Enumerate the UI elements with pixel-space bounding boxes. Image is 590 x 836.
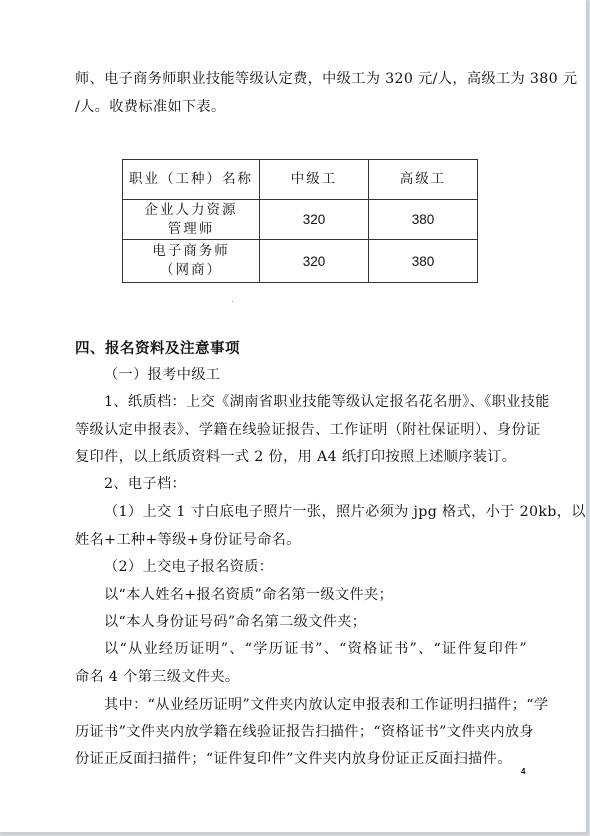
speck xyxy=(232,301,233,302)
photo-requirement-line-2: 姓名+工种+等级+身份证号命名。 xyxy=(75,531,301,549)
folder-level-3-line-2: 命名 4 个第三级文件夹。 xyxy=(75,668,239,686)
folder-level-2: 以“本人身份证号码”命名第二级文件夹； xyxy=(104,613,366,631)
table-row: 企业人力资源 管理师 320 380 xyxy=(123,200,478,240)
occupation-name-line1: 电子商务师 xyxy=(123,242,259,261)
item1-line-3: 复印件，以上纸质资料一式 2 份，用 A4 纸打印按照上述顺序装订。 xyxy=(75,448,516,466)
senior-fee: 380 xyxy=(369,200,478,240)
subsection-heading: （一）报考中级工 xyxy=(104,366,220,384)
occupation-cell: 企业人力资源 管理师 xyxy=(123,200,260,240)
intro-line-2: /人。收费标准如下表。 xyxy=(75,98,226,116)
table-header-row: 职业（工种）名称 中级工 高级工 xyxy=(123,160,478,200)
folder-note-line-1: 其中：“从业经历证明”文件夹内放认定申报表和工作证明扫描件；“学 xyxy=(104,696,527,714)
photo-requirement-line-1: （1）上交 1 寸白底电子照片一张，照片必须为 jpg 格式，小于 20kb，以 xyxy=(104,503,527,521)
table-row: 电子商务师 （网商） 320 380 xyxy=(123,240,478,283)
intermediate-fee: 320 xyxy=(260,240,369,283)
header-intermediate: 中级工 xyxy=(260,160,369,200)
occupation-name-line1: 企业人力资源 xyxy=(123,201,259,220)
folder-note-line-2: 历证书”文件夹内放学籍在线验证报告扫描件；“资格证书”文件夹内放身 xyxy=(75,723,527,741)
senior-fee: 380 xyxy=(369,240,478,283)
occupation-cell: 电子商务师 （网商） xyxy=(123,240,260,283)
document-page: 师、电子商务师职业技能等级认定费，中级工为 320 元/人，高级工为 380 元… xyxy=(0,0,587,833)
folder-level-3-line-1: 以“从业经历证明”、“学历证书”、“资格证书”、“证件复印件” xyxy=(104,640,527,658)
header-senior: 高级工 xyxy=(369,160,478,200)
fee-table: 职业（工种）名称 中级工 高级工 企业人力资源 管理师 320 380 电子商务… xyxy=(122,159,478,283)
intro-line-1: 师、电子商务师职业技能等级认定费，中级工为 320 元/人，高级工为 380 元 xyxy=(75,70,527,88)
occupation-name-line2: 管理师 xyxy=(123,220,259,239)
intermediate-fee: 320 xyxy=(260,200,369,240)
item2-title: 2、电子档： xyxy=(104,475,186,493)
section-heading: 四、报名资料及注意事项 xyxy=(75,340,240,358)
electronic-qualification-title: （2）上交电子报名资质： xyxy=(104,558,273,576)
folder-note-line-3: 份证正反面扫描件；“证件复印件”文件夹内放身份证正反面扫描件。 xyxy=(75,750,512,768)
item1-line-1: 1、纸质档：上交《湖南省职业技能等级认定报名花名册》、《职业技能 xyxy=(104,393,527,411)
occupation-name-line2: （网商） xyxy=(123,261,259,280)
folder-level-1: 以“本人姓名+报名资质”命名第一级文件夹； xyxy=(104,586,393,604)
header-occupation: 职业（工种）名称 xyxy=(123,160,260,200)
item1-line-2: 等级认定申报表》、学籍在线验证报告、工作证明（附社保证明）、身份证 xyxy=(75,421,527,439)
page-number: 4 xyxy=(521,767,525,776)
